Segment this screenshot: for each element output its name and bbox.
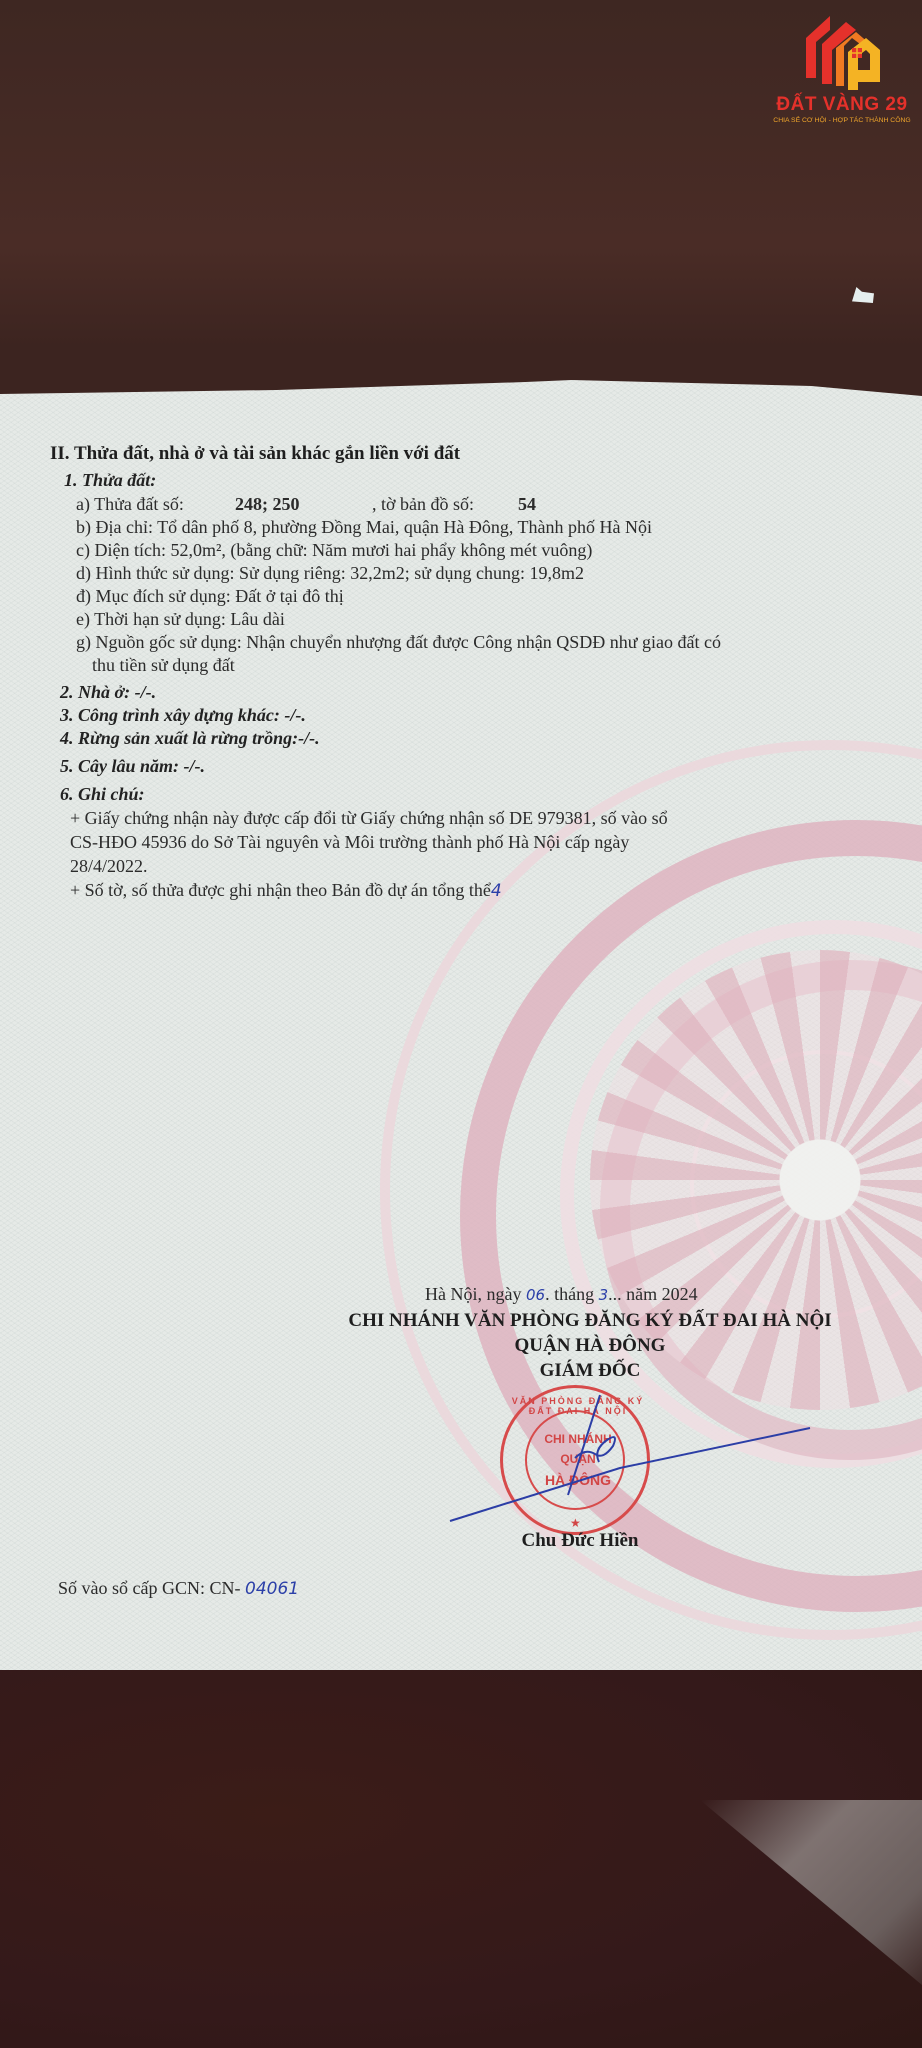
address-line: b) Địa chỉ: Tổ dân phố 8, phường Đồng Ma… xyxy=(76,517,652,538)
note-1-line-2: CS-HĐO 45936 do Sở Tài nguyên và Môi trư… xyxy=(70,832,629,853)
note-1-line-1: + Giấy chứng nhận này được cấp đổi từ Gi… xyxy=(70,808,668,829)
seal-line-3: HÀ ĐÔNG xyxy=(503,1472,653,1488)
item-4-planted-forest: 4. Rừng sản xuất là rừng trồng:-/-. xyxy=(60,728,320,749)
usage-origin-line: g) Nguồn gốc sử dụng: Nhận chuyển nhượng… xyxy=(76,632,721,653)
brand-logo: ĐẤT VÀNG 29 CHIA SẺ CƠ HỘI - HỢP TÁC THÀ… xyxy=(772,8,912,144)
usage-term-line: e) Thời hạn sử dụng: Lâu dài xyxy=(76,609,285,630)
handwritten-month: 3 xyxy=(599,1286,609,1304)
section-title: II. Thửa đất, nhà ở và tài sản khác gắn … xyxy=(50,443,460,465)
item-1-title: 1. Thửa đất: xyxy=(64,470,156,491)
note-2-text: + Số tờ, số thửa được ghi nhận theo Bản … xyxy=(70,880,491,900)
house-buildings-logo-icon xyxy=(800,8,884,92)
area-line: c) Diện tích: 52,0m², (bằng chữ: Năm mươ… xyxy=(76,540,592,561)
issue-date-line: Hà Nội, ngày 06. tháng 3... năm 2024 xyxy=(425,1284,698,1305)
map-sheet-label: , tờ bản đồ số: xyxy=(372,494,474,515)
date-prefix: Hà Nội, ngày xyxy=(425,1284,521,1304)
handwritten-day: 06 xyxy=(526,1286,545,1304)
note-2: + Số tờ, số thửa được ghi nhận theo Bản … xyxy=(70,880,502,901)
item-5-perennial-trees: 5. Cây lâu năm: -/-. xyxy=(60,756,205,777)
item-6-notes-title: 6. Ghi chú: xyxy=(60,784,145,805)
seal-line-2: QUẬN xyxy=(503,1452,653,1466)
brand-name: ĐẤT VÀNG 29 xyxy=(772,94,912,116)
parcel-number-value: 248; 250 xyxy=(235,494,300,515)
year-label: năm 2024 xyxy=(626,1284,698,1304)
handwritten-map-number: 4 xyxy=(491,881,502,901)
signer-name: Chu Đức Hiền xyxy=(460,1530,700,1552)
parcel-number-label: a) Thửa đất số: xyxy=(76,494,184,515)
note-1-line-3: 28/4/2022. xyxy=(70,856,148,877)
authority-title: GIÁM ĐỐC xyxy=(300,1360,880,1382)
star-icon: ★ xyxy=(570,1516,581,1531)
brand-slogan: CHIA SẺ CƠ HỘI - HỢP TÁC THÀNH CÔNG xyxy=(772,117,912,124)
official-seal: VĂN PHÒNG ĐĂNG KÝ ĐẤT ĐAI HÀ NỘI CHI NHÁ… xyxy=(500,1385,650,1535)
usage-origin-line-2: thu tiền sử dụng đất xyxy=(92,655,235,676)
seal-line-1: CHI NHÁNH xyxy=(503,1432,653,1446)
usage-purpose-line: đ) Mục đích sử dụng: Đất ở tại đô thị xyxy=(76,586,344,607)
seal-ring-text: VĂN PHÒNG ĐĂNG KÝ ĐẤT ĐAI HÀ NỘI xyxy=(503,1396,653,1416)
authority-line-1: CHI NHÁNH VĂN PHÒNG ĐĂNG KÝ ĐẤT ĐAI HÀ N… xyxy=(300,1310,880,1332)
registry-label: Số vào sổ cấp GCN: CN- xyxy=(58,1578,241,1598)
handwritten-registry-number: 04061 xyxy=(245,1579,299,1599)
paper-scrap xyxy=(852,287,874,303)
authority-line-2: QUẬN HÀ ĐÔNG xyxy=(300,1335,880,1357)
item-3-other-construction: 3. Công trình xây dựng khác: -/-. xyxy=(60,705,306,726)
month-label: tháng xyxy=(554,1284,594,1304)
registry-line: Số vào sổ cấp GCN: CN- 04061 xyxy=(58,1578,299,1599)
item-2-house: 2. Nhà ở: -/-. xyxy=(60,682,156,703)
map-sheet-value: 54 xyxy=(518,494,536,515)
usage-form-line: d) Hình thức sử dụng: Sử dụng riêng: 32,… xyxy=(76,563,584,584)
